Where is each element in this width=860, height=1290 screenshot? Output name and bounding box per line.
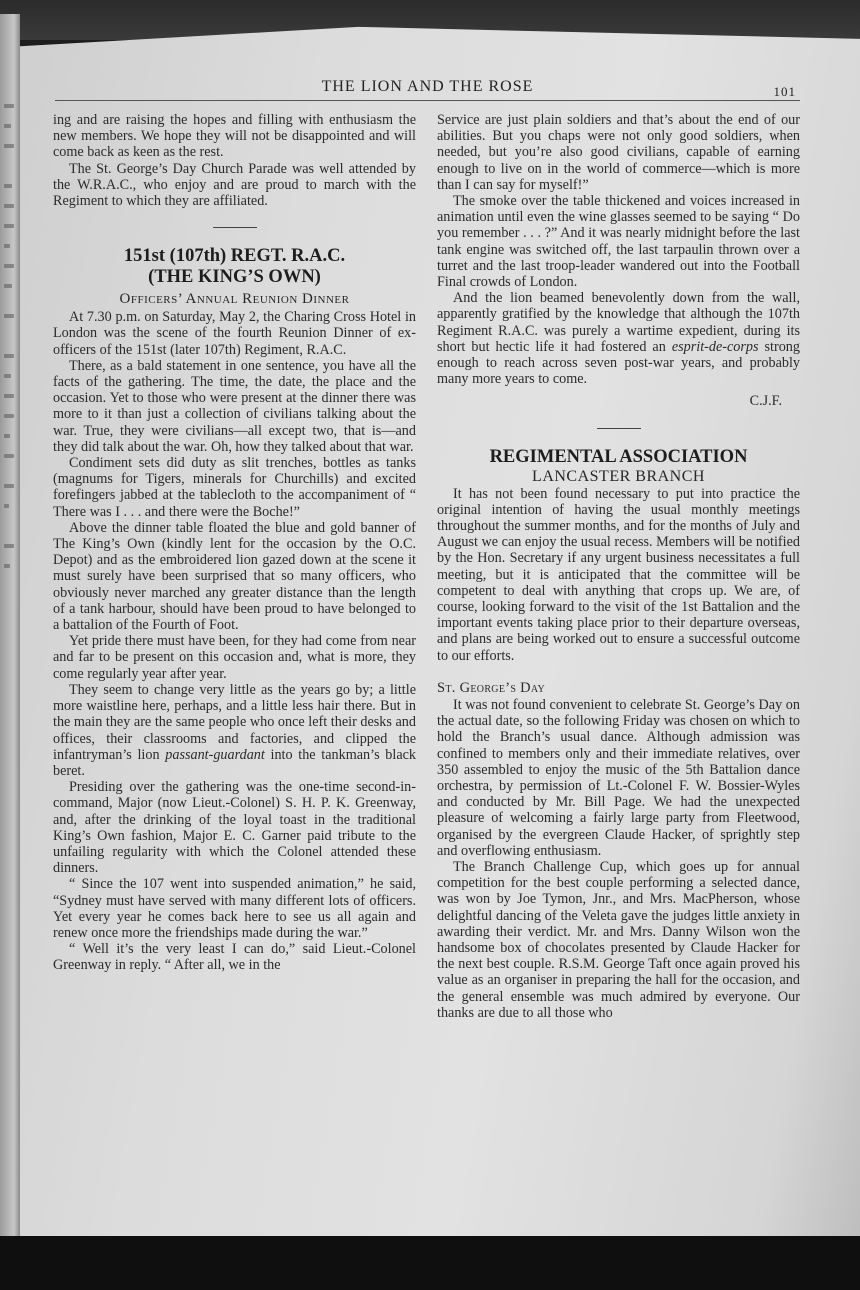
paragraph: There, as a bald statement in one senten… [53, 358, 416, 455]
paragraph: ing and are raising the hopes and fillin… [53, 112, 416, 161]
publication-title: THE LION AND THE ROSE [55, 78, 800, 96]
left-column: ing and are raising the hopes and fillin… [53, 112, 416, 974]
paragraph: It was not found convenient to celebrate… [437, 697, 800, 859]
running-header: THE LION AND THE ROSE 101 [55, 78, 800, 101]
article-title-line2: (THE KING’S OWN) [53, 267, 416, 288]
italic-phrase: passant-guardant [165, 747, 265, 763]
paragraph: At 7.30 p.m. on Saturday, May 2, the Cha… [53, 309, 416, 358]
previous-page-edge [0, 14, 20, 1242]
paragraph: “ Well it’s the very least I can do,” sa… [53, 941, 416, 973]
section-divider [597, 428, 641, 429]
page-number: 101 [774, 84, 797, 100]
paragraph: The St. George’s Day Church Parade was w… [53, 161, 416, 210]
paragraph: Service are just plain soldiers and that… [437, 112, 800, 193]
paragraph: Presiding over the gathering was the one… [53, 779, 416, 876]
paragraph: Condiment sets did duty as slit trenches… [53, 455, 416, 520]
article-subtitle: Officers’ Annual Reunion Dinner [53, 290, 416, 308]
paragraph: Yet pride there must have been, for they… [53, 633, 416, 682]
paragraph: The Branch Challenge Cup, which goes up … [437, 859, 800, 1021]
scan-background-bottom [0, 1236, 860, 1290]
branch-title: LANCASTER BRANCH [437, 468, 800, 486]
paragraph: And the lion beamed benevolently down fr… [437, 290, 800, 387]
italic-phrase: esprit-de-corps [672, 339, 759, 355]
article-title-line1: 151st (107th) REGT. R.A.C. [53, 246, 416, 267]
paragraph: They seem to change very little as the y… [53, 682, 416, 779]
paragraph: Above the dinner table floated the blue … [53, 520, 416, 633]
right-column: Service are just plain soldiers and that… [437, 112, 800, 1021]
author-initials: C.J.F. [437, 393, 800, 409]
subsection-title: St. George’s Day [437, 680, 800, 697]
section-title: REGIMENTAL ASSOCIATION [437, 447, 800, 468]
paragraph: The smoke over the table thickened and v… [437, 193, 800, 290]
paragraph: It has not been found necessary to put i… [437, 486, 800, 664]
section-divider [213, 227, 257, 228]
paragraph: “ Since the 107 went into suspended anim… [53, 876, 416, 941]
